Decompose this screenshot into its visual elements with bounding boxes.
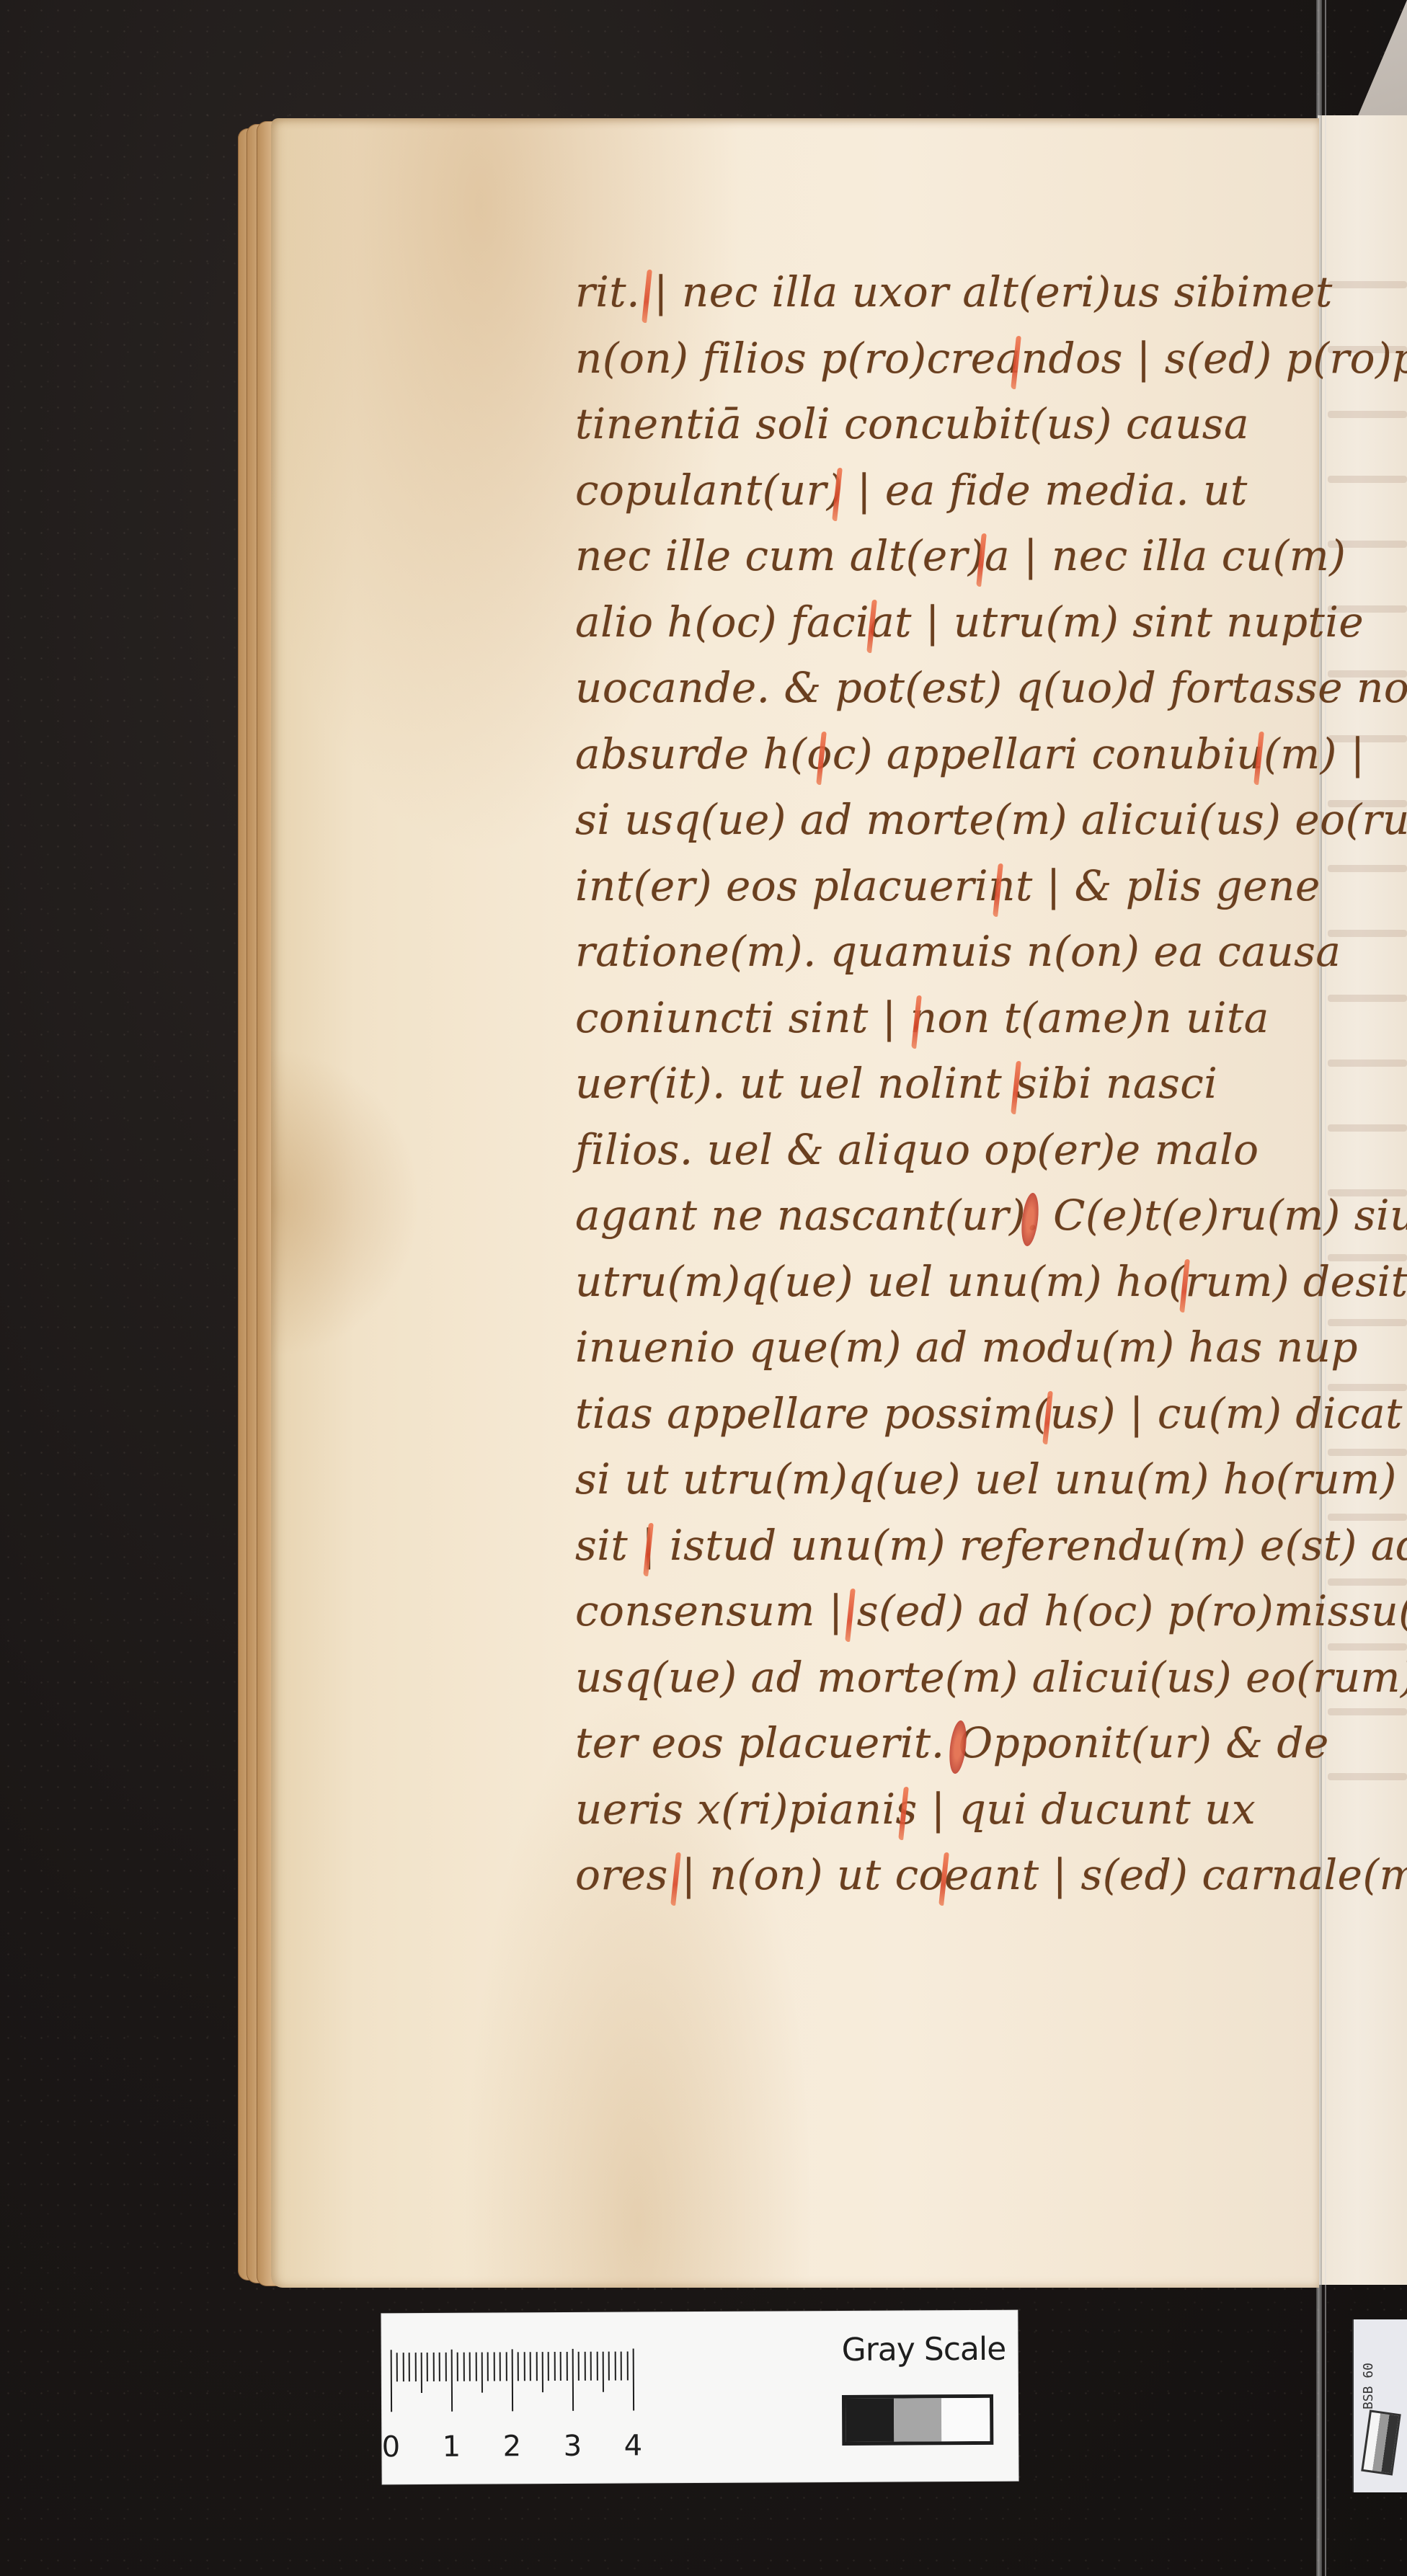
line-text: filios. uel & aliquo op(er)e malo <box>575 1125 1259 1174</box>
label-card-swatch <box>1361 2410 1401 2475</box>
text-line: rit. | nec illa uxor alt(eri)us sibimet <box>575 259 1296 326</box>
ghost-text-line <box>1328 865 1407 872</box>
text-line: utru(m)q(ue) uel unu(m) ho(rum) desit | … <box>575 1249 1296 1315</box>
ghost-text-line <box>1328 1708 1407 1715</box>
ghost-text-line <box>1328 411 1407 418</box>
text-line: copulant(ur) | ea fide media. ut <box>575 458 1296 524</box>
ruler-tick <box>536 2352 537 2381</box>
ruler-label: 3 <box>564 2430 582 2463</box>
ghost-text-line <box>1328 1060 1407 1067</box>
ruler-tick <box>457 2353 458 2381</box>
text-line: usq(ue) ad morte(m) alicui(us) eo(rum) i… <box>575 1645 1296 1711</box>
scale-bar-card: 01234 Gray Scale <box>381 2311 1018 2484</box>
ruler-tick <box>614 2352 616 2381</box>
line-text: usq(ue) ad morte(m) alicui(us) eo(rum) i… <box>575 1653 1407 1702</box>
ruler-tick <box>487 2353 489 2381</box>
ruler-tick <box>566 2352 567 2381</box>
swatch-black <box>845 2399 894 2442</box>
gray-scale-swatches <box>842 2394 993 2446</box>
ruler-tick <box>518 2352 519 2381</box>
ruler-tick <box>396 2353 398 2381</box>
text-line: nec ille cum alt(er)a | nec illa cu(m) <box>575 523 1296 590</box>
ruler-tick <box>421 2353 422 2393</box>
text-line: n(on) filios p(ro)creandos | s(ed) p(ro)… <box>575 326 1296 392</box>
text-line: agant ne nascant(ur). C(e)t(e)ru(m) siue <box>575 1183 1296 1249</box>
ruler-tick <box>439 2353 440 2381</box>
ruler-tick <box>402 2353 404 2381</box>
line-text: int(er) eos placuerint | & plis gene <box>575 861 1321 910</box>
ruler-tick <box>584 2352 585 2381</box>
text-line: ores | n(on) ut coeant | s(ed) carnale(m… <box>575 1842 1296 1909</box>
ghost-text-line <box>1328 1124 1407 1132</box>
text-line: absurde h(oc) appellari conubiu(m) | <box>575 721 1296 788</box>
ruler-tick <box>621 2352 622 2381</box>
text-line: tias appellare possim(us) | cu(m) dicat <box>575 1381 1296 1447</box>
line-text: alio h(oc) faciat | utru(m) sint nuptie <box>575 598 1364 647</box>
line-text: ueris x(ri)pianis | qui ducunt ux <box>575 1785 1256 1834</box>
ruler-label: 2 <box>503 2430 522 2463</box>
ruler-tick <box>505 2352 507 2381</box>
line-text: utru(m)q(ue) uel unu(m) ho(rum) desit | … <box>575 1257 1407 1306</box>
ruler-label: 0 <box>382 2430 401 2464</box>
line-text: ores | n(on) ut coeant | s(ed) carnale(m… <box>575 1850 1407 1899</box>
line-text: tinentiā soli concubit(us) causa <box>575 399 1249 448</box>
ghost-text-line <box>1328 1514 1407 1521</box>
ruler-tick <box>572 2349 574 2411</box>
line-text: agant ne nascant(ur). C(e)t(e)ru(m) siue <box>575 1191 1407 1240</box>
gray-scale-title: Gray Scale <box>842 2331 1006 2368</box>
line-text: ratione(m). quamuis n(on) ea causa <box>575 927 1341 976</box>
line-text: si ut utru(m)q(ue) uel unu(m) ho(rum) de <box>575 1454 1407 1504</box>
ruler-label: 4 <box>624 2429 643 2462</box>
text-line: sit | istud unu(m) referendu(m) e(st) ad <box>575 1513 1296 1579</box>
text-line: uocande. & pot(est) q(uo)d fortasse non <box>575 655 1296 721</box>
line-text: consensum | s(ed) ad h(oc) p(ro)missu(m)… <box>575 1586 1407 1635</box>
ruler-tick <box>432 2353 434 2381</box>
ruler-tick <box>608 2352 610 2381</box>
ruler-tick <box>603 2352 604 2392</box>
line-text: copulant(ur) | ea fide media. ut <box>575 466 1248 515</box>
line-text: coniuncti sint | non t(ame)n uita <box>575 993 1269 1042</box>
text-line: ter eos placuerit. Opponit(ur) & de <box>575 1710 1296 1777</box>
manuscript-folio: rit. | nec illa uxor alt(eri)us sibimet … <box>238 118 1319 2288</box>
ghost-text-line <box>1328 1643 1407 1651</box>
ruler-tick <box>469 2353 471 2381</box>
ruler-label: 1 <box>443 2430 461 2464</box>
text-line: si ut utru(m)q(ue) uel unu(m) ho(rum) de <box>575 1447 1296 1513</box>
text-line: inuenio que(m) ad modu(m) has nup <box>575 1315 1296 1381</box>
swatch-gray <box>894 2398 942 2441</box>
text-block: rit. | nec illa uxor alt(eri)us sibimet … <box>575 259 1296 1909</box>
ruler-tick <box>626 2352 628 2381</box>
ruler-tick <box>523 2352 525 2381</box>
ghost-text-line <box>1328 1578 1407 1586</box>
ruler-tick <box>463 2353 464 2381</box>
ruler-tick <box>554 2352 555 2381</box>
line-text: uocande. & pot(est) q(uo)d fortasse non <box>575 663 1407 712</box>
text-line: int(er) eos placuerint | & plis gene <box>575 853 1296 920</box>
line-text: n(on) filios p(ro)creandos | s(ed) p(ro)… <box>575 334 1407 383</box>
ruler-tick <box>414 2353 416 2381</box>
ruler-tick <box>596 2352 598 2381</box>
line-text: uer(it). ut uel nolint sibi nasci <box>575 1059 1217 1108</box>
text-line: ratione(m). quamuis n(on) ea causa <box>575 919 1296 985</box>
label-card: BSB 60 <box>1354 2319 1407 2492</box>
ghost-text-line <box>1328 476 1407 483</box>
ruler-tick <box>633 2348 634 2410</box>
ruler-tick <box>500 2352 501 2381</box>
ruler-tick <box>542 2352 543 2392</box>
text-line: ueris x(ri)pianis | qui ducunt ux <box>575 1777 1296 1843</box>
ruler-tick <box>590 2352 592 2381</box>
label-card-text: BSB 60 <box>1361 2363 1376 2410</box>
ruler-tick <box>409 2353 410 2381</box>
ghost-text-line <box>1328 281 1407 288</box>
ruler-tick <box>391 2350 392 2412</box>
text-line: alio h(oc) faciat | utru(m) sint nuptie <box>575 590 1296 656</box>
ruler-tick <box>493 2352 494 2381</box>
line-text: nec ille cum alt(er)a | nec illa cu(m) <box>575 531 1346 580</box>
ruler-tick <box>475 2353 476 2381</box>
text-line: consensum | s(ed) ad h(oc) p(ro)missu(m)… <box>575 1578 1296 1645</box>
text-line: si usq(ue) ad morte(m) alicui(us) eo(rum… <box>575 787 1296 853</box>
line-text: rit. | nec illa uxor alt(eri)us sibimet <box>575 267 1333 316</box>
line-text: si usq(ue) ad morte(m) alicui(us) eo(rum… <box>575 795 1407 844</box>
ruler-tick <box>548 2352 549 2381</box>
ruler-tick <box>560 2352 562 2381</box>
line-text: sit | istud unu(m) referendu(m) e(st) ad <box>575 1521 1407 1570</box>
ghost-text-line <box>1328 995 1407 1002</box>
text-line: tinentiā soli concubit(us) causa <box>575 391 1296 458</box>
ruler-tick <box>451 2350 453 2412</box>
swatch-white <box>941 2398 990 2441</box>
photograph-backdrop: rit. | nec illa uxor alt(eri)us sibimet … <box>0 0 1407 2576</box>
ruler-tick <box>445 2353 446 2381</box>
ruler-tick <box>481 2353 483 2393</box>
text-line: filios. uel & aliquo op(er)e malo <box>575 1117 1296 1183</box>
text-line: uer(it). ut uel nolint sibi nasci <box>575 1051 1296 1117</box>
ruler: 01234 <box>391 2348 636 2458</box>
line-text: inuenio que(m) ad modu(m) has nup <box>575 1323 1358 1372</box>
ruler-tick <box>578 2352 580 2381</box>
text-line: coniuncti sint | non t(ame)n uita <box>575 985 1296 1052</box>
neighbour-page-corner <box>1355 0 1407 123</box>
line-text: absurde h(oc) appellari conubiu(m) | <box>575 729 1365 778</box>
ruler-tick <box>427 2353 428 2381</box>
line-text: tias appellare possim(us) | cu(m) dicat <box>575 1389 1403 1438</box>
ghost-text-line <box>1328 1773 1407 1780</box>
ruler-tick <box>530 2352 531 2381</box>
ruler-tick <box>512 2349 513 2411</box>
